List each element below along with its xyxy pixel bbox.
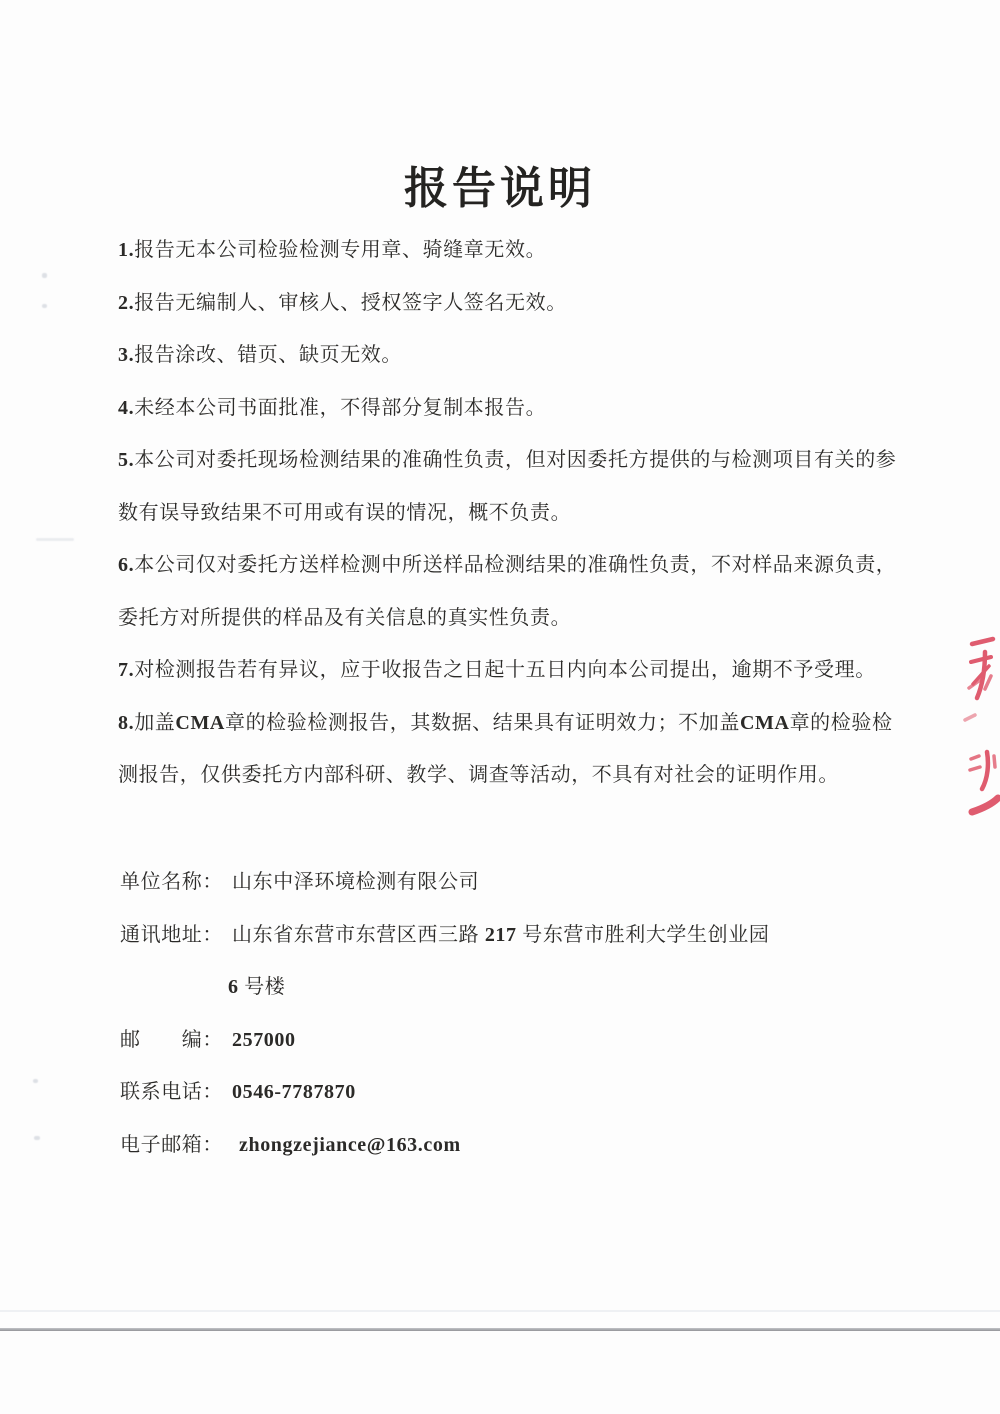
company-name-label: 单位名称： [120,856,223,909]
scan-speck [42,273,47,278]
company-address-value-line2: 6 号楼 [228,961,285,1014]
note-6-line-2: 委托方对所提供的样品及有关信息的真实性负责。 [118,592,998,645]
company-address-value: 山东省东营市东营区西三路 217 号东营市胜利大学生创业园 [232,924,769,946]
company-zip-label: 邮 编： [120,1014,223,1067]
company-name-row: 单位名称：山东中泽环境检测有限公司 [120,856,980,909]
scan-speck [33,1079,38,1083]
report-notes: 1.报告无本公司检验检测专用章、骑缝章无效。 2.报告无编制人、审核人、授权签字… [118,224,998,802]
company-address-row-2: 6 号楼 [120,961,980,1014]
note-3: 3.报告涂改、错页、缺页无效。 [118,329,998,382]
note-5-line-1: 5.本公司对委托现场检测结果的准确性负责，但对因委托方提供的与检测项目有关的参 [118,434,998,487]
company-phone-label: 联系电话： [120,1066,223,1119]
scan-paper-edge-line [0,1328,1000,1331]
note-1: 1.报告无本公司检验检测专用章、骑缝章无效。 [118,224,998,277]
note-4: 4.未经本公司书面批准，不得部分复制本报告。 [118,382,998,435]
note-7: 7.对检测报告若有异议，应于收报告之日起十五日内向本公司提出，逾期不予受理。 [118,644,998,697]
page-title: 报告说明 [0,152,1000,216]
company-phone-value: 0546-7787870 [232,1081,356,1103]
note-6-line-1: 6.本公司仅对委托方送样检测中所送样品检测结果的准确性负责，不对样品来源负责， [118,539,998,592]
note-8-line-2: 测报告，仅供委托方内部科研、教学、调查等活动，不具有对社会的证明作用。 [118,749,998,802]
company-email-row: 电子邮箱：zhongzejiance@163.com [120,1119,980,1172]
note-2: 2.报告无编制人、审核人、授权签字人签名无效。 [118,277,998,330]
red-seal-fragment-stamp [938,628,1000,823]
company-address-label: 通讯地址： [120,909,223,962]
company-zip-value: 257000 [232,1029,296,1051]
scan-speck [42,304,47,308]
scan-smudge [36,538,74,541]
company-email-label: 电子邮箱： [120,1119,223,1172]
note-5-line-2: 数有误导致结果不可用或有误的情况，概不负责。 [118,487,998,540]
company-email-value: zhongzejiance@163.com [239,1134,461,1156]
scan-speck [34,1136,40,1140]
scan-paper-edge-faint-line [0,1310,1000,1312]
note-8-line-1: 8.加盖CMA章的检验检测报告，其数据、结果具有证明效力；不加盖CMA章的检验检 [118,697,998,750]
company-phone-row: 联系电话：0546-7787870 [120,1066,980,1119]
company-name-value: 山东中泽环境检测有限公司 [232,871,479,893]
scanned-report-page: 报告说明 1.报告无本公司检验检测专用章、骑缝章无效。 2.报告无编制人、审核人… [0,0,1000,1414]
company-zip-row: 邮 编：257000 [120,1014,980,1067]
company-contact-block: 单位名称：山东中泽环境检测有限公司 通讯地址：山东省东营市东营区西三路 217 … [120,856,980,1171]
company-address-row: 通讯地址：山东省东营市东营区西三路 217 号东营市胜利大学生创业园 [120,909,980,962]
